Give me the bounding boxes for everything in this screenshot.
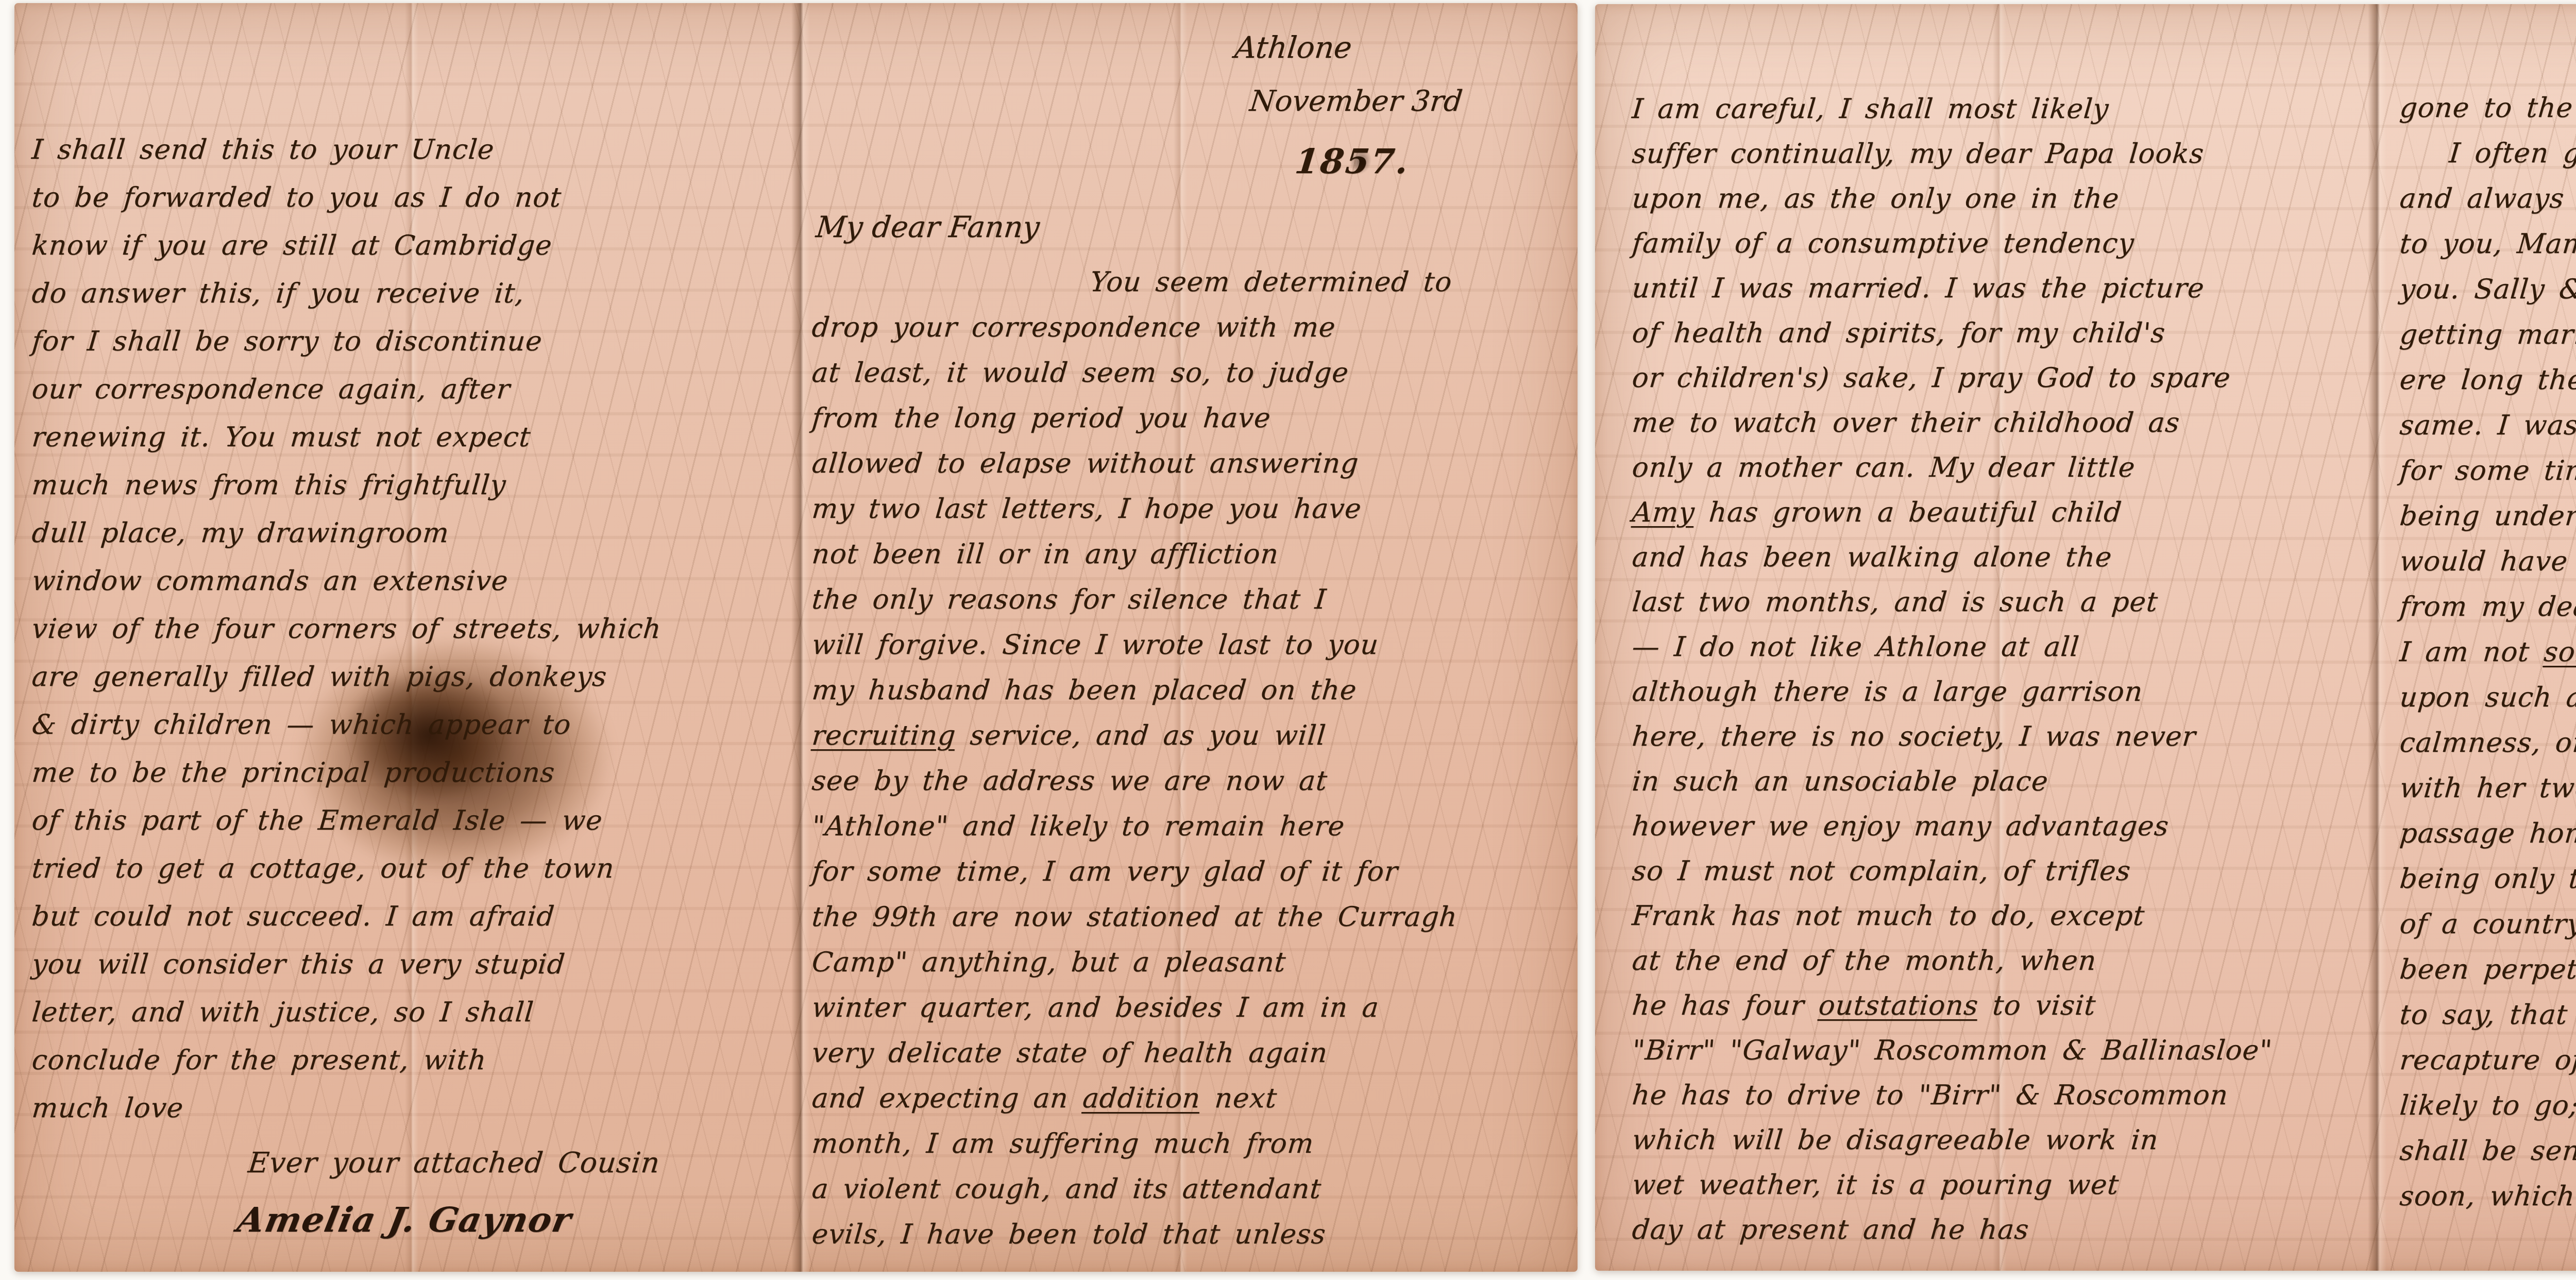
handwriting-line: "Athlone" and likely to remain here: [810, 804, 1569, 849]
handwriting-line: for some time, I am very glad of it for: [810, 849, 1569, 895]
handwriting-line: Camp" anything, but a pleasant: [810, 940, 1569, 985]
scanned-letter: I shall send this to your Uncleto be for…: [0, 0, 2576, 1280]
handwriting-line: day at present and he has: [1630, 1207, 2386, 1252]
letter-first-page-column: Athlone November 3rd 1857. My dear Fanny…: [812, 3, 1567, 1272]
handwriting-line: Amy has grown a beautiful child: [1630, 490, 2386, 535]
handwriting-line: much news from this frightfully: [30, 461, 791, 509]
handwriting-line: I am careful, I shall most likely: [1630, 87, 2386, 131]
handwriting-line: my two last letters, I hope you have: [810, 486, 1569, 532]
handwriting-line: & dirty children — which appear to: [30, 701, 791, 749]
handwriting-line: conclude for the present, with: [30, 1036, 791, 1084]
handwriting-line: from my dear husband, and: [2398, 584, 2576, 630]
handwriting-line: for I shall be sorry to discontinue: [30, 317, 791, 365]
closing-attribution: Ever your attached Cousin: [247, 1146, 662, 1179]
handwriting-line: to be forwarded to you as I do not: [30, 174, 791, 222]
handwriting-line: being under orders for India, which: [2398, 494, 2576, 539]
handwriting-line: — I do not like Athlone at all: [1630, 625, 2386, 669]
handwriting-line: although there is a large garrison: [1630, 669, 2386, 714]
heading-date: November 3rd: [1248, 85, 1464, 118]
handwriting-block: gone to the latter placeI often get lett…: [2400, 86, 2576, 1219]
letter-sheet-right: I am careful, I shall most likelysuffer …: [1595, 4, 2576, 1271]
handwriting-line: do answer this, if you receive it,: [30, 270, 791, 317]
handwriting-line: tried to get a cottage, out of the town: [30, 845, 791, 892]
handwriting-line: view of the four corners of streets, whi…: [30, 605, 791, 653]
handwriting-line: window commands an extensive: [30, 557, 791, 605]
signature: Amelia J. Gaynor: [234, 1200, 575, 1240]
handwriting-line: recapture of Delhi" the Regt. is not: [2398, 1038, 2576, 1083]
handwriting-line: he has four outstations to visit: [1630, 983, 2386, 1028]
letter-sheet-left: I shall send this to your Uncleto be for…: [14, 3, 1578, 1272]
handwriting-line: in such an unsociable place: [1630, 759, 2386, 804]
handwriting-line: shall be sent to the West Indies: [2398, 1129, 2576, 1174]
handwriting-line: renewing it. You must not expect: [30, 413, 791, 461]
handwriting-line: upon me, as the only one in the: [1630, 176, 2386, 221]
handwriting-line: letter, and with justice, so I shall: [30, 988, 791, 1036]
handwriting-line: the 99th are now stationed at the Currag…: [810, 895, 1569, 940]
handwriting-line: at the end of the month, when: [1630, 938, 2386, 983]
handwriting-line: are generally filled with pigs, donkeys: [30, 653, 791, 701]
handwriting-line: family of a consumptive tendency: [1630, 221, 2386, 266]
handwriting-line: suffer continually, my dear Papa looks: [1630, 131, 2386, 176]
handwriting-line: getting married, indeed I suppose: [2398, 312, 2576, 358]
handwriting-line: a violent cough, and its attendant: [810, 1167, 1569, 1212]
handwriting-line: You seem determined to: [810, 260, 1569, 305]
heading-place: Athlone: [1233, 30, 1353, 65]
handwriting-line: gone to the latter place: [2398, 86, 2576, 131]
handwriting-line: likely to go; but I quite expect we: [2398, 1083, 2576, 1129]
handwriting-line: see by the address we are now at: [810, 759, 1569, 804]
letter-final-page-column: I shall send this to your Uncleto be for…: [32, 3, 789, 1272]
handwriting-block: You seem determined todrop your correspo…: [812, 260, 1567, 1257]
handwriting-line: here, there is no society, I was never: [1630, 714, 2386, 759]
handwriting-line: my husband has been placed on the: [810, 668, 1569, 713]
handwriting-line: soon, which will be unpleasant: [2398, 1174, 2576, 1219]
handwriting-line: for some time owing to the 99th: [2398, 448, 2576, 494]
handwriting-line: passage home now her husband: [2398, 811, 2576, 856]
handwriting-line: "Birr" "Galway" Roscommon & Ballinasloe": [1630, 1028, 2386, 1073]
handwriting-line: me to watch over their childhood as: [1630, 400, 2386, 445]
handwriting-line: being only too glad to get her out: [2398, 856, 2576, 902]
handwriting-line: he has to drive to "Birr" & Roscommon: [1630, 1073, 2386, 1118]
handwriting-line: been perpetrated, I am thankful: [2398, 947, 2576, 992]
handwriting-line: will forgive. Since I wrote last to you: [810, 622, 1569, 668]
handwriting-line: of a country where such horrors have: [2398, 902, 2576, 947]
handwriting-line: to you, Mama hoped to hear from: [2398, 222, 2576, 267]
handwriting-line: would have involved a seperation: [2398, 539, 2576, 584]
fold-crease: [791, 3, 810, 1272]
handwriting-line: you. Sally & Polly are thinking of: [2398, 267, 2576, 312]
handwriting-line: dull place, my drawingroom: [30, 509, 791, 557]
handwriting-line: evils, I have been told that unless: [810, 1212, 1569, 1257]
handwriting-line: know if you are still at Cambridge: [30, 222, 791, 270]
handwriting-line: which will be disagreeable work in: [1630, 1118, 2386, 1163]
handwriting-line: I often get letters from home: [2398, 131, 2576, 176]
handwriting-line: the only reasons for silence that I: [810, 577, 1569, 622]
handwriting-line: of health and spirits, for my child's: [1630, 311, 2386, 356]
handwriting-line: ere long they will all be doing the: [2398, 358, 2576, 403]
handwriting-line: allowed to elapse without answering: [810, 441, 1569, 486]
salutation: My dear Fanny: [815, 210, 1041, 244]
handwriting-line: same. I was in a great state of alarm: [2398, 403, 2576, 448]
handwriting-line: of this part of the Emerald Isle — we: [30, 797, 791, 845]
handwriting-line: only a mother can. My dear little: [1630, 445, 2386, 490]
handwriting-line: however we enjoy many advantages: [1630, 804, 2386, 849]
handwriting-line: with her two children is on her: [2398, 766, 2576, 811]
handwriting-line: me to be the principal productions: [30, 749, 791, 797]
handwriting-line: not been ill or in any affliction: [810, 532, 1569, 577]
handwriting-line: at least, it would seem so, to judge: [810, 350, 1569, 396]
letter-third-page-column: gone to the latter placeI often get lett…: [2400, 4, 2576, 1271]
handwriting-block: I shall send this to your Uncleto be for…: [32, 126, 789, 1132]
handwriting-line: and has been walking alone the: [1630, 535, 2386, 580]
handwriting-line: I am not soldier enough to look: [2398, 630, 2576, 675]
handwriting-line: until I was married. I was the picture: [1630, 266, 2386, 311]
handwriting-line: last two months, and is such a pet: [1630, 580, 2386, 625]
handwriting-line: very delicate state of health again: [810, 1031, 1569, 1076]
handwriting-line: or children's) sake, I pray God to spare: [1630, 356, 2386, 400]
handwriting-line: recruiting service, and as you will: [810, 713, 1569, 759]
heading-year: 1857.: [1293, 141, 1412, 181]
handwriting-line: from the long period you have: [810, 396, 1569, 441]
handwriting-line: upon such a misfortune with: [2398, 675, 2576, 720]
handwriting-line: calmness, one of my sisters in law: [2398, 720, 2576, 766]
handwriting-line: and expecting an addition next: [810, 1076, 1569, 1121]
handwriting-line: I shall send this to your Uncle: [30, 126, 791, 174]
handwriting-line: but could not succeed. I am afraid: [30, 892, 791, 940]
handwriting-line: our correspondence again, after: [30, 365, 791, 413]
handwriting-line: so I must not complain, of trifles: [1630, 849, 2386, 894]
handwriting-line: Frank has not much to do, except: [1630, 894, 2386, 938]
handwriting-line: drop your correspondence with me: [810, 305, 1569, 350]
handwriting-line: wet weather, it is a pouring wet: [1630, 1163, 2386, 1207]
handwriting-block: I am careful, I shall most likelysuffer …: [1632, 87, 2384, 1252]
handwriting-line: winter quarter, and besides I am in a: [810, 985, 1569, 1031]
handwriting-line: much love: [30, 1084, 791, 1132]
handwriting-line: you will consider this a very stupid: [30, 940, 791, 988]
handwriting-line: and always do they desire their love: [2398, 176, 2576, 222]
handwriting-line: month, I am suffering much from: [810, 1121, 1569, 1167]
handwriting-line: to say, that since the news of the: [2398, 992, 2576, 1038]
letter-second-page-column: I am careful, I shall most likelysuffer …: [1632, 4, 2384, 1271]
